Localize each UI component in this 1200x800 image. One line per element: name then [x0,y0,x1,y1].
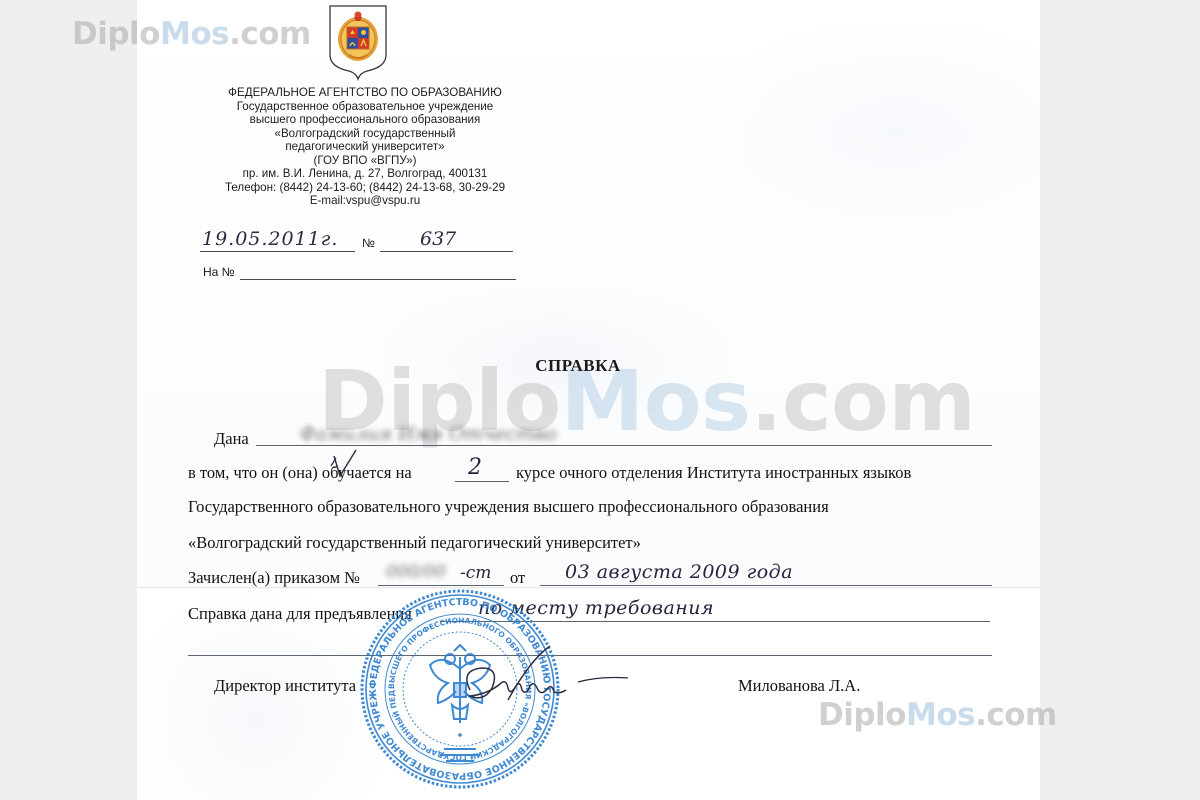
watermark-accent-text: Mos [160,16,229,52]
order-suffix: -ст [460,563,491,583]
watermark-text: Diplo [818,697,906,733]
letterhead-line: Государственное образовательное учрежден… [195,100,535,114]
letterhead-email: E-mail:vspu@vspu.ru [195,194,535,208]
certificate-title: СПРАВКА [0,356,1200,376]
institution-type-line: Государственного образовательного учрежд… [188,497,829,517]
issued-to-line [256,445,992,446]
document-date: 19.05.2011г. [202,228,338,250]
issued-to-label: Дана [214,429,249,449]
institution-name-line: «Волгоградский государственный педагогич… [188,533,641,553]
issued-to-name-redacted: Фамилия Имя Отчество [300,423,557,445]
watermark-bottom: DiploMos.com [818,697,1057,733]
number-label: № [362,236,375,250]
study-statement-suffix: курсе очного отделения Института иностра… [516,463,911,483]
document-number: 637 [420,228,456,250]
watermark-text: Diplo [72,16,160,52]
enrollment-date-value: 03 августа 2009 года [565,561,793,583]
letterhead-line: высшего профессионального образования [195,113,535,127]
university-coat-of-arms-icon [327,3,389,81]
watermark-text: .com [975,697,1057,733]
date-line [200,251,355,252]
watermark-top: DiploMos.com [72,16,311,52]
course-value: 2 [468,455,482,480]
reply-to-label: На № [203,265,235,279]
enrollment-label: Зачислен(а) приказом № [188,568,360,588]
letterhead-abbreviation: (ГОУ ВПО «ВГПУ») [195,154,535,168]
order-number-line [378,585,504,586]
enrollment-from-label: от [510,568,525,588]
number-line [380,251,513,252]
letterhead-university-name: «Волгоградский государственный [195,127,535,141]
letterhead-university-name: педагогический университет» [195,140,535,154]
signer-title: Директор института [214,676,356,696]
enrollment-date-line [540,585,992,586]
letterhead-address: пр. им. В.И. Ленина, д. 27, Волгоград, 4… [195,167,535,181]
watermark-text: .com [229,16,311,52]
watermark-accent-text: Mos [906,697,975,733]
certificate-title-text: СПРАВКА [535,356,620,375]
handwritten-check-mark [330,448,360,480]
signer-name: Милованова Л.А. [738,676,860,696]
director-signature [430,640,640,720]
reply-to-line [240,279,516,280]
order-number-redacted: 000/00 [386,562,446,582]
letterhead-phone: Телефон: (8442) 24-13-60; (8442) 24-13-6… [195,181,535,195]
course-line [455,481,509,482]
study-statement-prefix: в том, что он (она) обучается на [188,463,412,483]
letterhead-agency: ФЕДЕРАЛЬНОЕ АГЕНТСТВО ПО ОБРАЗОВАНИЮ [195,86,535,100]
